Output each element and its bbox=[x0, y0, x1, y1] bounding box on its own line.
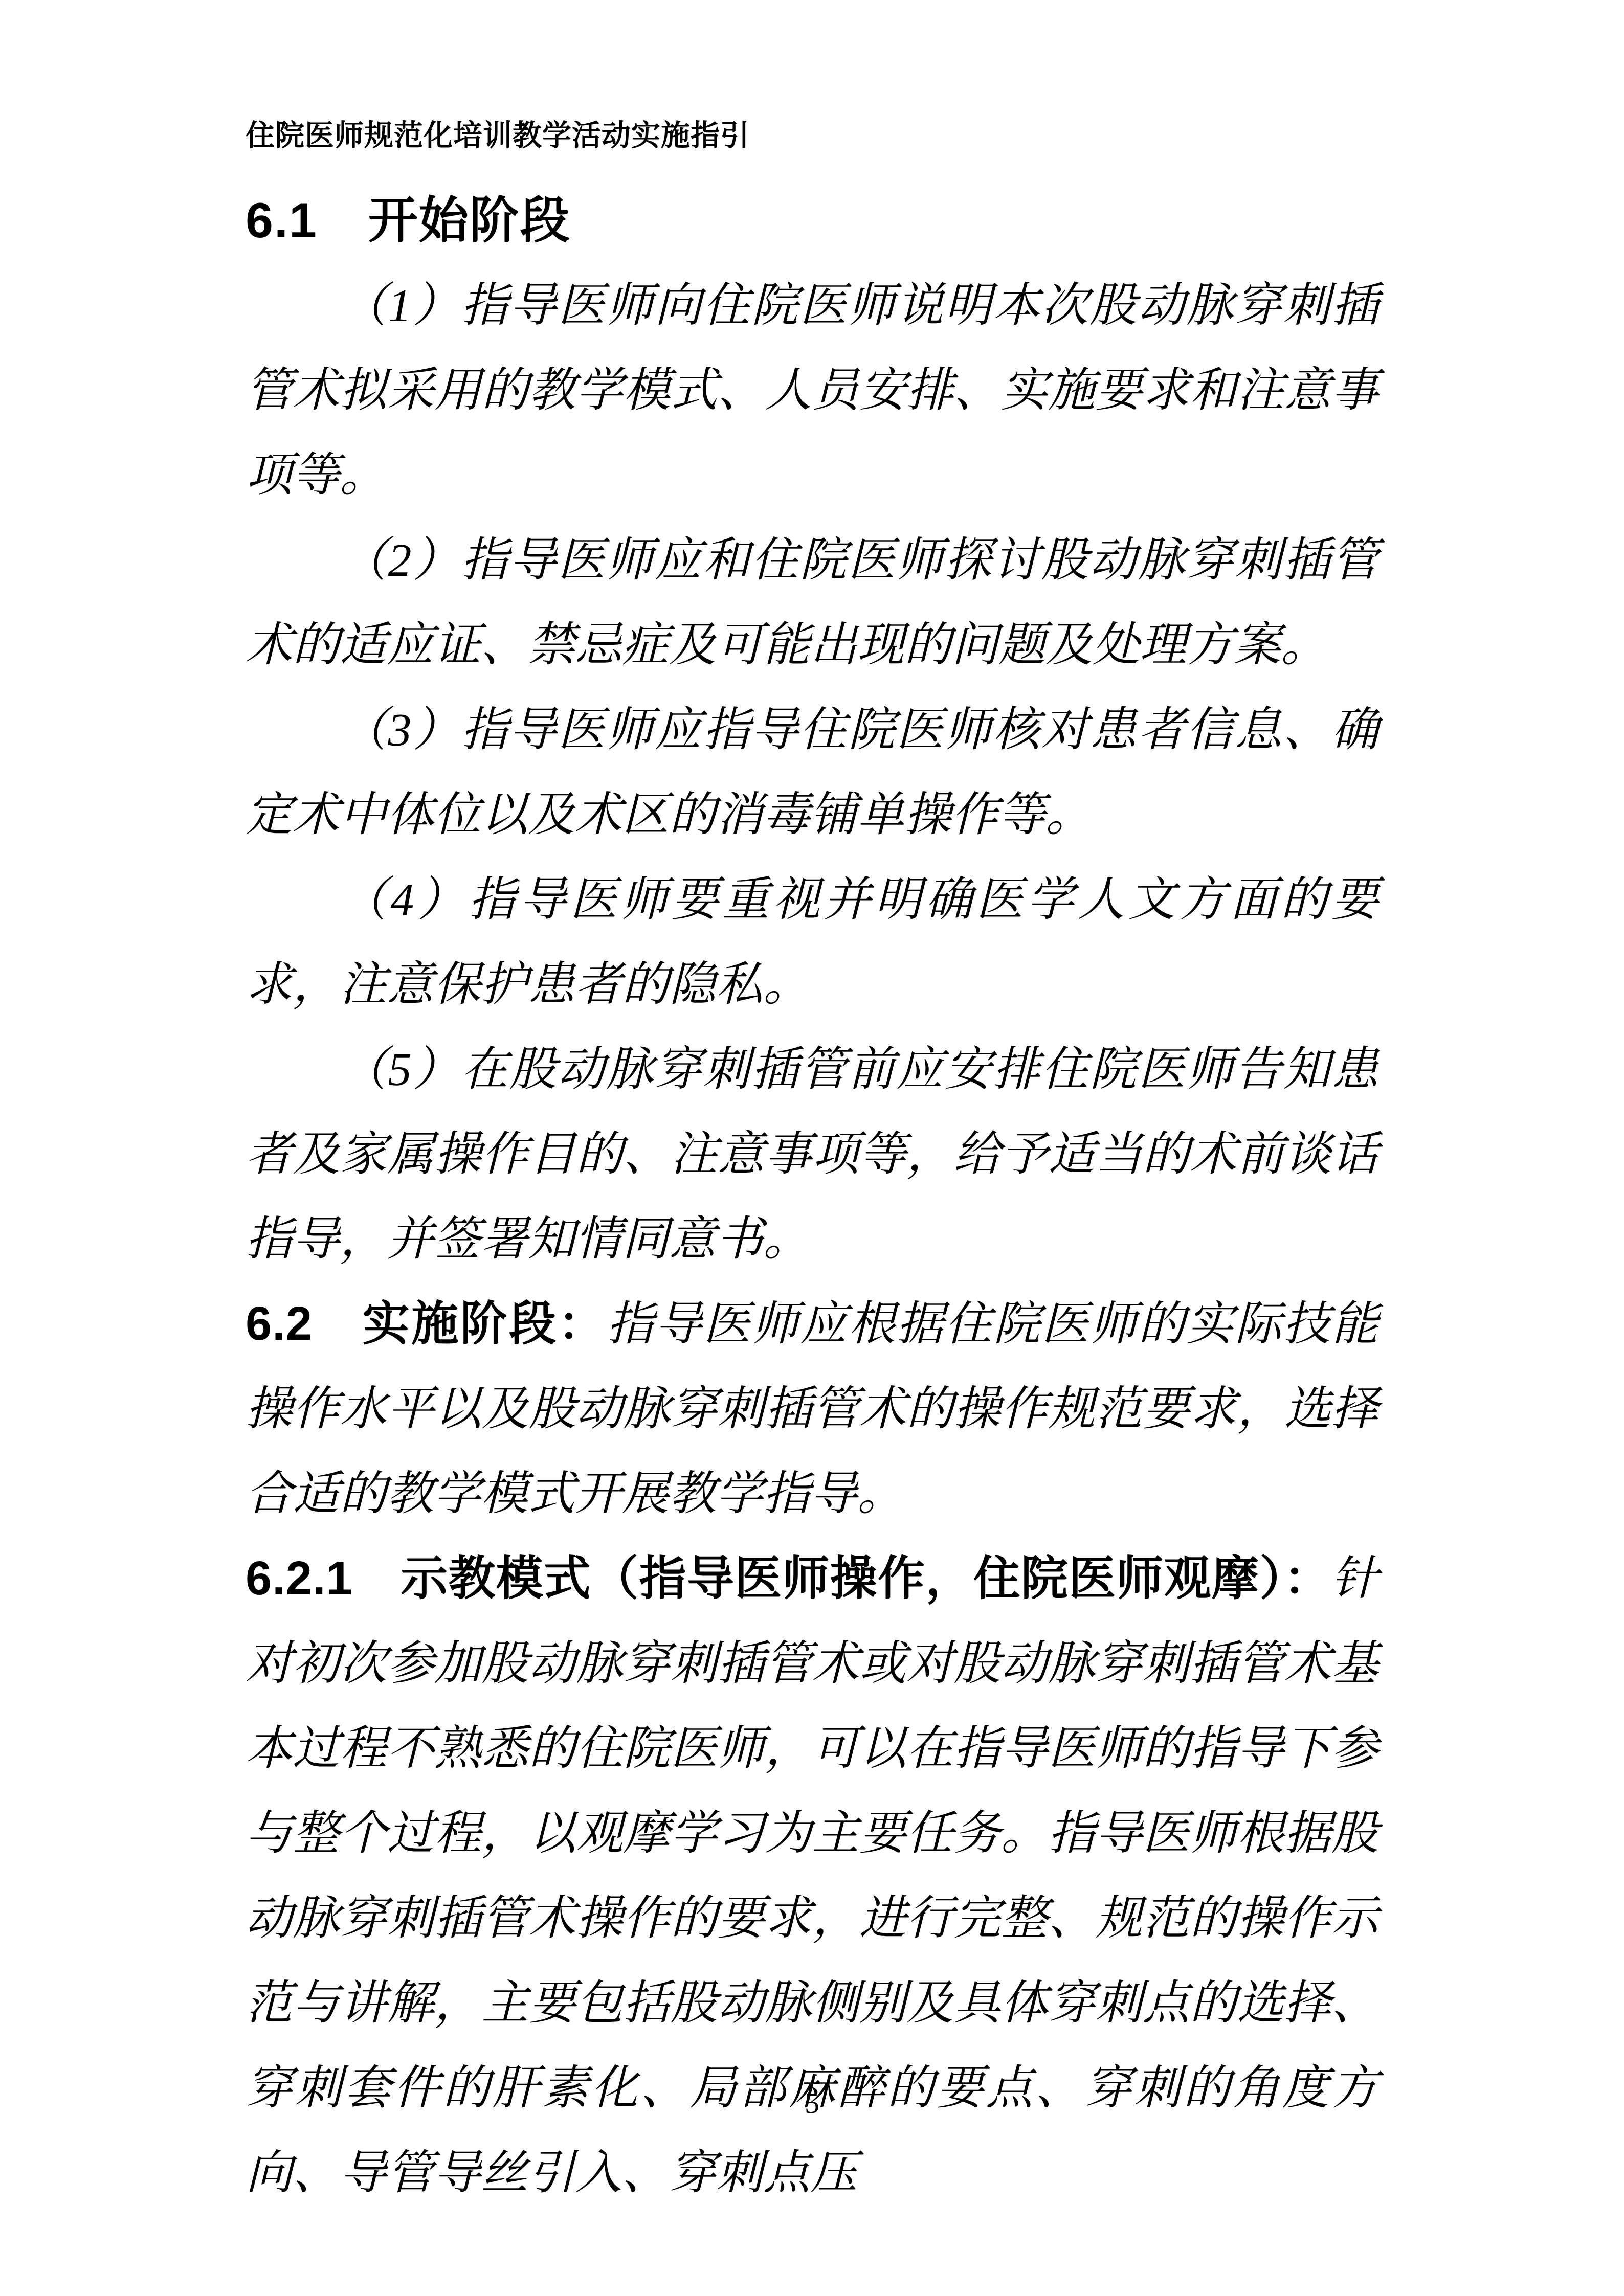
paragraph-opening-3: （3）指导医师应指导住院医师核对患者信息、确定术中体位以及术区的消毒铺单操作等。 bbox=[246, 687, 1378, 857]
section-6-2-paragraph: 6.2 实施阶段：指导医师应根据住院医师的实际技能操作水平以及股动脉穿刺插管术的… bbox=[246, 1281, 1378, 1536]
paragraph-opening-2: （2）指导医师应和住院医师探讨股动脉穿刺插管术的适应证、禁忌症及可能出现的问题及… bbox=[246, 517, 1378, 687]
section-6-2-heading-inline: 6.2 实施阶段： bbox=[246, 1298, 607, 1350]
section-6-2-1-heading-inline: 6.2.1 示教模式（指导医师操作，住院医师观摩）： bbox=[246, 1552, 1331, 1605]
paragraph-opening-1: （1）指导医师向住院医师说明本次股动脉穿刺插管术拟采用的教学模式、人员安排、实施… bbox=[246, 263, 1378, 517]
document-page: 住院医师规范化培训教学活动实施指引 6.1 开始阶段 （1）指导医师向住院医师说… bbox=[0, 0, 1624, 2296]
paragraph-opening-4: （4）指导医师要重视并明确医学人文方面的要求，注意保护患者的隐私。 bbox=[246, 857, 1378, 1027]
page-number: 5 bbox=[0, 2085, 1624, 2121]
section-6-1-heading: 6.1 开始阶段 bbox=[246, 178, 1378, 263]
running-header: 住院医师规范化培训教学活动实施指引 bbox=[246, 118, 1378, 153]
paragraph-opening-5: （5）在股动脉穿刺插管前应安排住院医师告知患者及家属操作目的、注意事项等，给予适… bbox=[246, 1027, 1378, 1281]
